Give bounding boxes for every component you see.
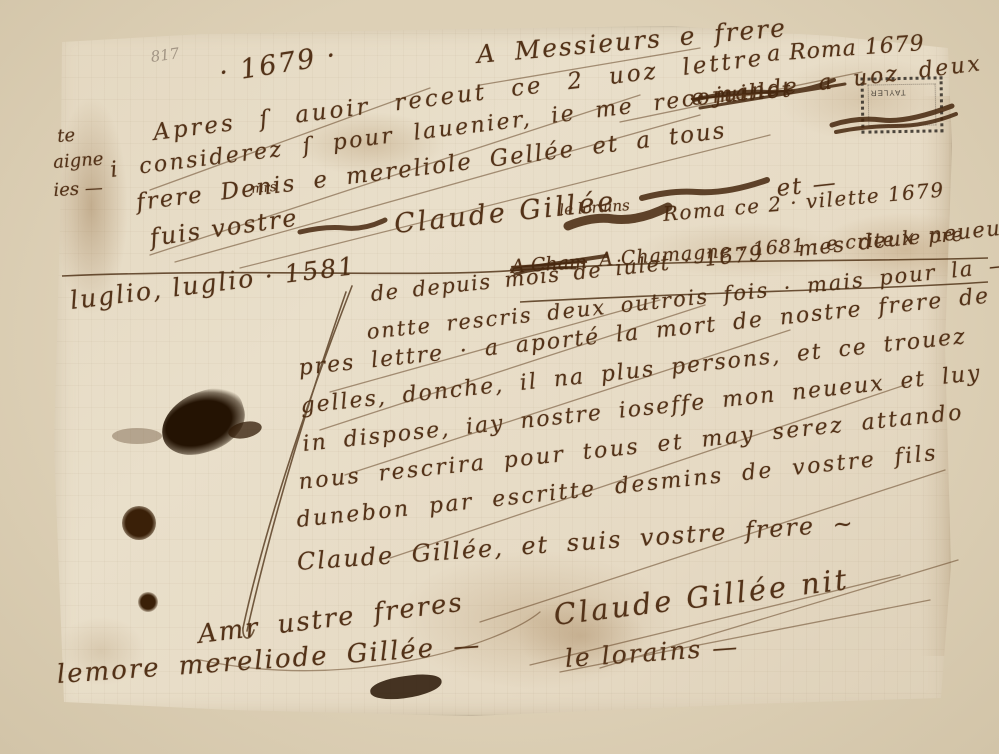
- collector-stamp-text: TAYLER: [870, 88, 906, 98]
- ink-blot-signature: [369, 672, 443, 703]
- ink-smear: [112, 428, 162, 444]
- margin-fragment-1: te: [57, 125, 76, 147]
- ink-blot-large: [153, 381, 253, 464]
- ink-dot-1: [122, 506, 156, 540]
- ink-dot-2: [138, 592, 158, 612]
- margin-fragment-3: ies —: [53, 177, 103, 201]
- manuscript-scan: TAYLER 817 · 1679 · A Messieurs e frere …: [0, 0, 999, 754]
- ink-blot-satellite: [227, 419, 264, 442]
- margin-fragment-2: aigne: [53, 149, 105, 173]
